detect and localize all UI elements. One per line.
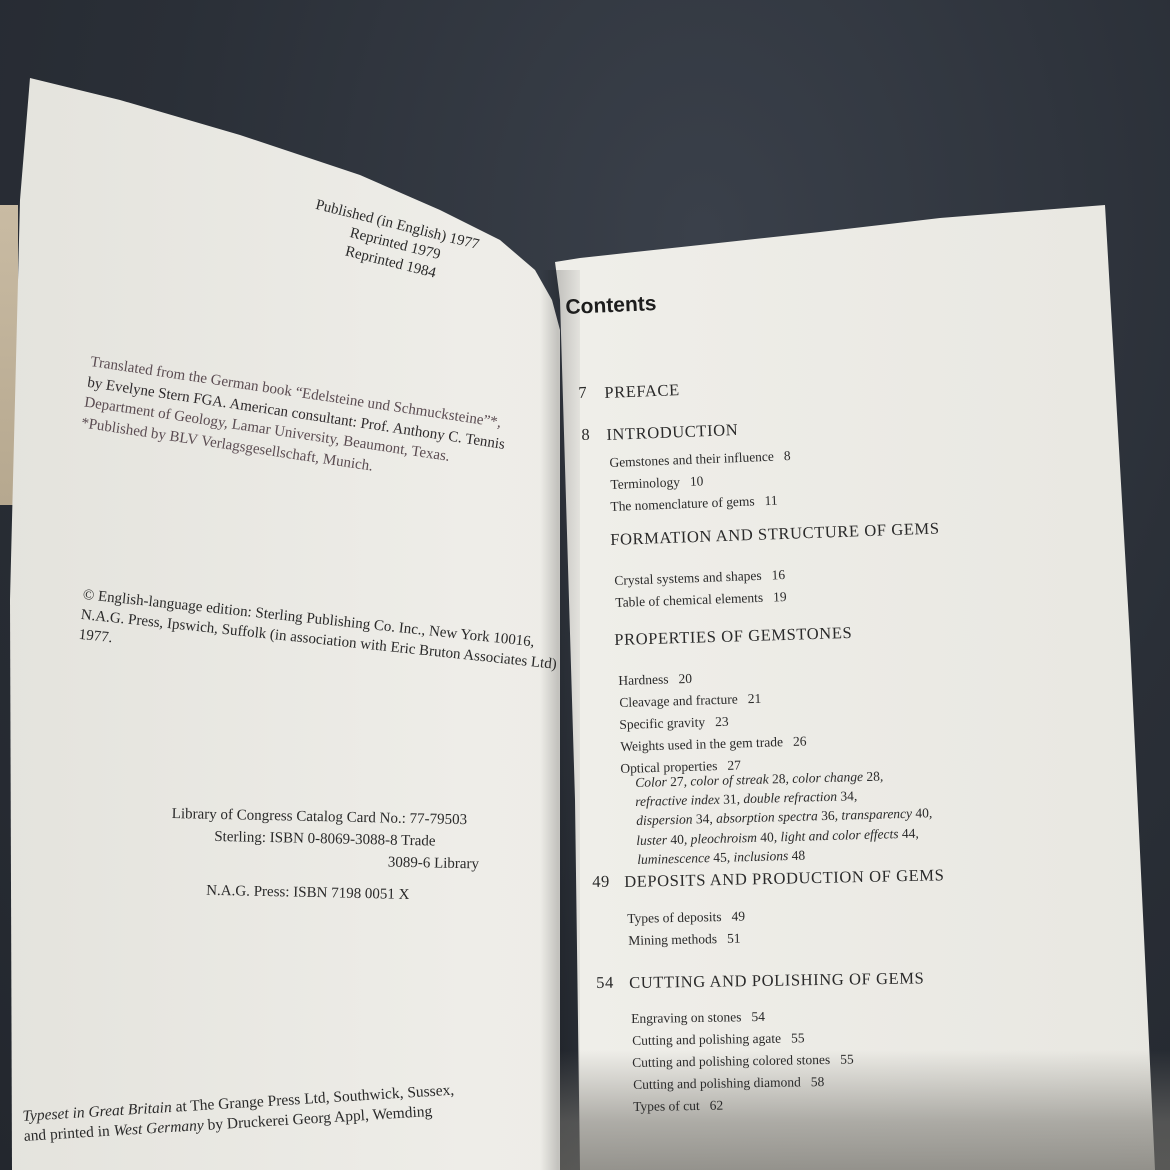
page-number: 40: [670, 831, 684, 846]
page-number: 40: [760, 829, 774, 844]
toc-entry-page: 19: [772, 589, 786, 604]
subtopic-text: luster: [636, 832, 671, 848]
printed-text: and printed in: [23, 1122, 114, 1144]
toc-entry-label: Cutting and polishing diamond: [633, 1075, 801, 1093]
subtopic-text: ,: [880, 769, 884, 784]
toc-entry: Hardness20: [618, 668, 692, 692]
toc-entry-page: 23: [715, 714, 729, 729]
toc-entry-label: The nomenclature of gems: [610, 494, 755, 515]
toc-entry-label: Terminology: [610, 474, 680, 492]
toc-entry-label: Mining methods: [628, 931, 717, 948]
toc-entry-label: Cutting and polishing colored stones: [632, 1052, 830, 1070]
toc-entry-label: Specific gravity: [619, 715, 705, 733]
toc-entry-label: Weights used in the gem trade: [620, 734, 783, 754]
subtopic-text: , absorption spectra: [709, 809, 821, 827]
section-page-number: 49: [592, 872, 610, 892]
subtopic-text: , pleochroism: [684, 829, 761, 846]
toc-entry-page: 49: [731, 909, 745, 924]
toc-entry-label: Cutting and polishing agate: [632, 1031, 781, 1048]
optical-subtopics-line: luminescence 45, inclusions 48: [637, 845, 805, 869]
toc-entry: Cutting and polishing diamond58: [633, 1071, 824, 1096]
toc-entry-page: 55: [790, 1030, 804, 1045]
toc-entry-label: Engraving on stones: [631, 1009, 741, 1026]
toc-entry-page: 11: [765, 493, 779, 508]
toc-entry-page: 20: [678, 671, 692, 686]
subtopic-text: ,: [915, 825, 919, 840]
subtopic-text: , double refraction: [737, 789, 841, 807]
subtopic-text: Color: [635, 774, 670, 790]
subtopic-text: , inclusions: [726, 848, 791, 865]
subtopic-text: , light and color effects: [774, 826, 903, 844]
section-page-number: 8: [581, 425, 591, 445]
printed-italic: West Germany: [113, 1117, 204, 1139]
toc-entry-page: 55: [840, 1052, 854, 1067]
subtopic-text: , color change: [785, 769, 866, 786]
toc-entry-page: 8: [784, 448, 791, 463]
section-title: PREFACE: [604, 380, 680, 403]
toc-entry-label: Cleavage and fracture: [619, 692, 738, 711]
page-number: 48: [791, 847, 805, 862]
page-number: 27: [670, 774, 684, 789]
toc-entry-page: 10: [689, 474, 703, 490]
subtopic-text: ,: [929, 806, 933, 821]
toc-entry: Cleavage and fracture21: [619, 688, 762, 714]
page-number: 28: [772, 771, 786, 786]
toc-entry-label: Types of cut: [633, 1098, 700, 1114]
toc-entry-label: Table of chemical elements: [615, 590, 763, 610]
toc-entry-label: Types of deposits: [627, 909, 722, 926]
page-number: 34: [841, 788, 855, 803]
subtopic-text: refractive index: [635, 792, 723, 809]
section-page-number: 7: [578, 383, 588, 403]
book-gutter: [540, 270, 580, 1170]
toc-entry: Engraving on stones54: [631, 1006, 765, 1030]
toc-entry-page: 51: [727, 931, 741, 946]
subtopic-text: dispersion: [636, 812, 696, 829]
page-number: 28: [866, 769, 880, 784]
subtopic-text: luminescence: [637, 850, 713, 867]
toc-entry: Types of deposits49: [627, 906, 745, 930]
subtopic-text: , transparency: [834, 806, 915, 823]
subtopic-text: , color of streak: [683, 771, 772, 788]
page-number: 44: [902, 825, 916, 840]
section-page-number: 54: [596, 973, 614, 993]
toc-entry-label: Hardness: [618, 672, 669, 688]
page-number: 36: [821, 808, 835, 823]
page-number: 34: [695, 811, 709, 826]
toc-entry-page: 16: [771, 567, 785, 582]
contents-heading: Contents: [565, 292, 657, 320]
toc-entry: Types of cut62: [633, 1095, 723, 1118]
toc-entry: Mining methods51: [628, 928, 741, 952]
toc-entry: Cutting and polishing agate55: [632, 1027, 805, 1052]
toc-entry-page: 62: [710, 1098, 724, 1113]
page-number: 45: [713, 849, 727, 864]
toc-entry-page: 54: [751, 1009, 765, 1024]
toc-entry-page: 26: [793, 734, 807, 749]
toc-entry-page: 21: [747, 691, 761, 706]
toc-entry-label: Crystal systems and shapes: [614, 568, 762, 588]
toc-entry-label: Gemstones and their influence: [609, 449, 774, 470]
catalog-info: Library of Congress Catalog Card No.: 77…: [170, 803, 480, 907]
page-number: 40: [915, 806, 929, 821]
toc-entry-page: 58: [810, 1074, 824, 1089]
